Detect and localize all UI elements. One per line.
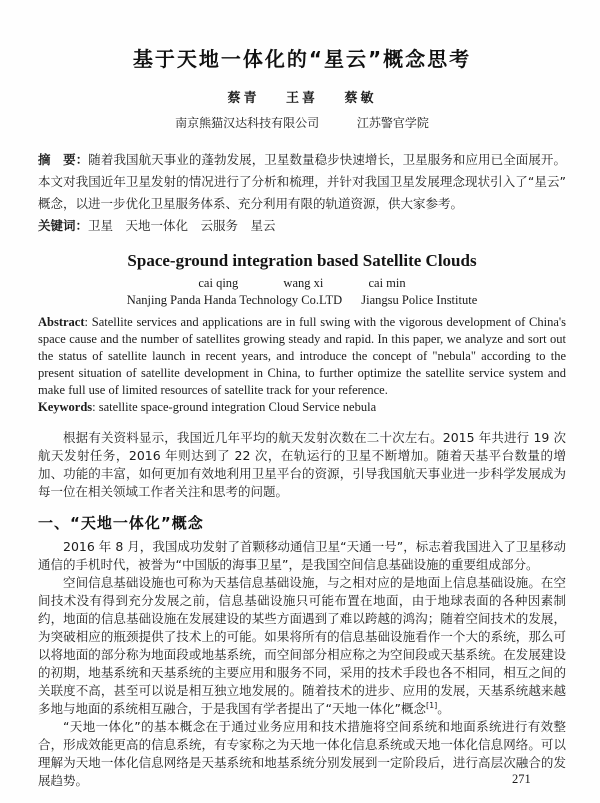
paper-body: 根据有关资料显示，我国近几年平均的航天发射次数在二十次左右。2015 年共进行 … — [38, 429, 566, 790]
author-name: cai min — [368, 276, 405, 290]
author-name: 蔡敏 — [345, 91, 377, 106]
section-1-paragraph-1: 2016 年 8 月，我国成功发射了首颗移动通信卫星“天通一号”，标志着我国进入… — [38, 538, 566, 574]
page-number: 271 — [512, 772, 531, 787]
author-name: cai qing — [198, 276, 238, 290]
keywords-text-chinese: 卫星 天地一体化 云服务 星云 — [88, 218, 276, 233]
author-name: 王喜 — [286, 91, 318, 106]
abstract-english: Abstract: Satellite services and applica… — [38, 314, 566, 399]
paragraph-text: 空间信息基础设施也可称为天基信息基础设施，与之相对应的是地面上信息基础设施。在空… — [38, 575, 566, 716]
citation-marker: [1] — [426, 701, 437, 710]
affiliation: Jiangsu Police Institute — [361, 293, 477, 307]
keywords-label-english: Keywords — [38, 400, 92, 414]
authors-english: cai qing wang xi cai min — [38, 276, 566, 291]
affiliation: Nanjing Panda Handa Technology Co.LTD — [127, 293, 342, 307]
abstract-chinese: 摘 要：随着我国航天事业的蓬勃发展，卫星数量稳步快速增长，卫星服务和应用已全面展… — [38, 149, 566, 215]
section-1-paragraph-2: 空间信息基础设施也可称为天基信息基础设施，与之相对应的是地面上信息基础设施。在空… — [38, 574, 566, 718]
keywords-english: Keywords: satellite space-ground integra… — [38, 399, 566, 416]
affiliation: 南京熊猫汉达科技有限公司 — [175, 116, 319, 130]
affiliations-english: Nanjing Panda Handa Technology Co.LTD Ji… — [38, 293, 566, 308]
paper-page: 基于天地一体化的“星云”概念思考 蔡青 王喜 蔡敏 南京熊猫汉达科技有限公司 江… — [0, 0, 600, 803]
paper-title-chinese: 基于天地一体化的“星云”概念思考 — [38, 46, 566, 72]
authors-chinese: 蔡青 王喜 蔡敏 — [38, 87, 566, 106]
paragraph-end: 。 — [437, 701, 450, 716]
abstract-text-english: : Satellite services and applications ar… — [38, 315, 566, 397]
keywords-text-english: : satellite space-ground integration Clo… — [92, 400, 376, 414]
keywords-label-chinese: 关键词： — [38, 218, 88, 233]
affiliation: 江苏警官学院 — [357, 116, 429, 130]
abstract-label-chinese: 摘 要： — [38, 152, 88, 167]
author-name: wang xi — [283, 276, 323, 290]
abstract-label-english: Abstract — [38, 315, 85, 329]
affiliations-chinese: 南京熊猫汉达科技有限公司 江苏警官学院 — [38, 114, 566, 131]
paper-title-english: Space-ground integration based Satellite… — [38, 250, 566, 272]
intro-paragraph: 根据有关资料显示，我国近几年平均的航天发射次数在二十次左右。2015 年共进行 … — [38, 429, 566, 501]
section-1-heading: 一、“天地一体化”概念 — [38, 512, 566, 533]
keywords-chinese: 关键词：卫星 天地一体化 云服务 星云 — [38, 215, 566, 237]
section-1-paragraph-3: “天地一体化”的基本概念在于通过业务应用和技术措施将空间系统和地面系统进行有效整… — [38, 718, 566, 790]
abstract-text-chinese: 随着我国航天事业的蓬勃发展，卫星数量稳步快速增长，卫星服务和应用已全面展开。本文… — [38, 152, 566, 211]
author-name: 蔡青 — [227, 91, 259, 106]
english-section: Space-ground integration based Satellite… — [38, 250, 566, 416]
